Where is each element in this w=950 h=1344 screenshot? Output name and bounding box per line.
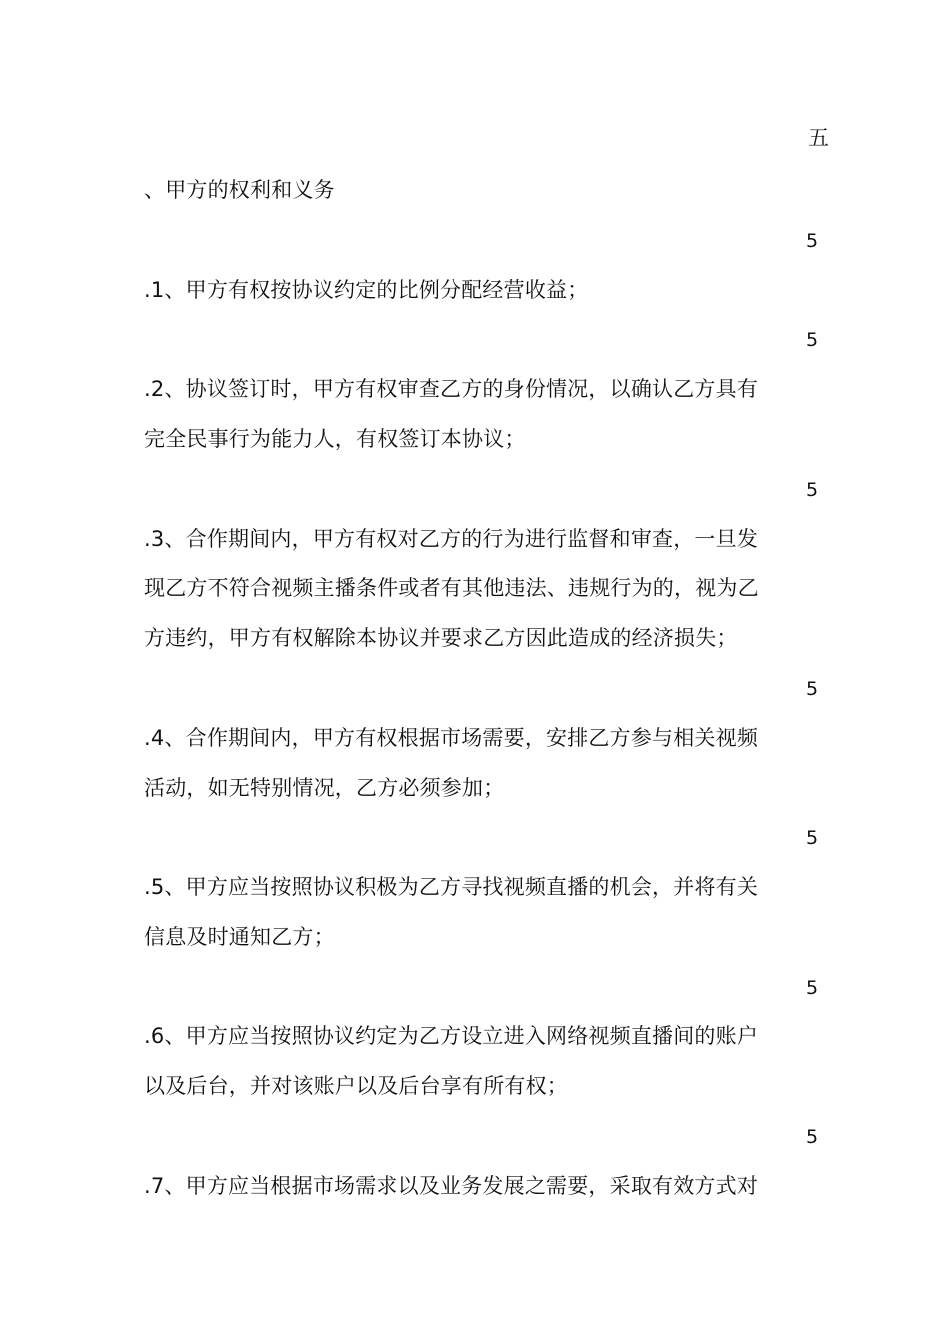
clause-prefix: 5	[806, 826, 818, 850]
clause-line: 方违约，甲方有权解除本协议并要求乙方因此造成的经济损失；	[144, 624, 738, 652]
clause-line: .2、协议签订时，甲方有权审查乙方的身份情况，以确认乙方具有	[144, 375, 758, 403]
clause-line: 完全民事行为能力人，有权签订本协议；	[144, 425, 526, 453]
clause-prefix: 5	[806, 1125, 818, 1149]
clause-prefix: 5	[806, 976, 818, 1000]
document-page: 五 、甲方的权利和义务 5 .1、甲方有权按协议约定的比例分配经营收益； 5 .…	[0, 0, 950, 1344]
clause-line: 现乙方不符合视频主播条件或者有其他违法、违规行为的，视为乙	[144, 574, 759, 602]
clause-line: .7、甲方应当根据市场需求以及业务发展之需要，采取有效方式对	[144, 1172, 758, 1200]
clause-line: 信息及时通知乙方；	[144, 923, 335, 951]
section-number: 五	[808, 126, 829, 150]
clause-line: .3、合作期间内，甲方有权对乙方的行为进行监督和审查，一旦发	[144, 525, 758, 553]
clause-prefix: 5	[806, 478, 818, 502]
clause-prefix: 5	[806, 677, 818, 701]
clause-line: 以及后台，并对该账户以及后台享有所有权；	[144, 1072, 568, 1100]
clause-line: .6、甲方应当按照协议约定为乙方设立进入网络视频直播间的账户	[144, 1022, 758, 1050]
clause-line: .1、甲方有权按协议约定的比例分配经营收益；	[144, 276, 588, 304]
section-title: 、甲方的权利和义务	[144, 176, 335, 204]
clause-line: 活动，如无特别情况，乙方必须参加；	[144, 774, 504, 802]
clause-line: .4、合作期间内，甲方有权根据市场需要，安排乙方参与相关视频	[144, 724, 758, 752]
clause-line: .5、甲方应当按照协议积极为乙方寻找视频直播的机会，并将有关	[144, 873, 758, 901]
clause-prefix: 5	[806, 229, 818, 253]
clause-prefix: 5	[806, 328, 818, 352]
